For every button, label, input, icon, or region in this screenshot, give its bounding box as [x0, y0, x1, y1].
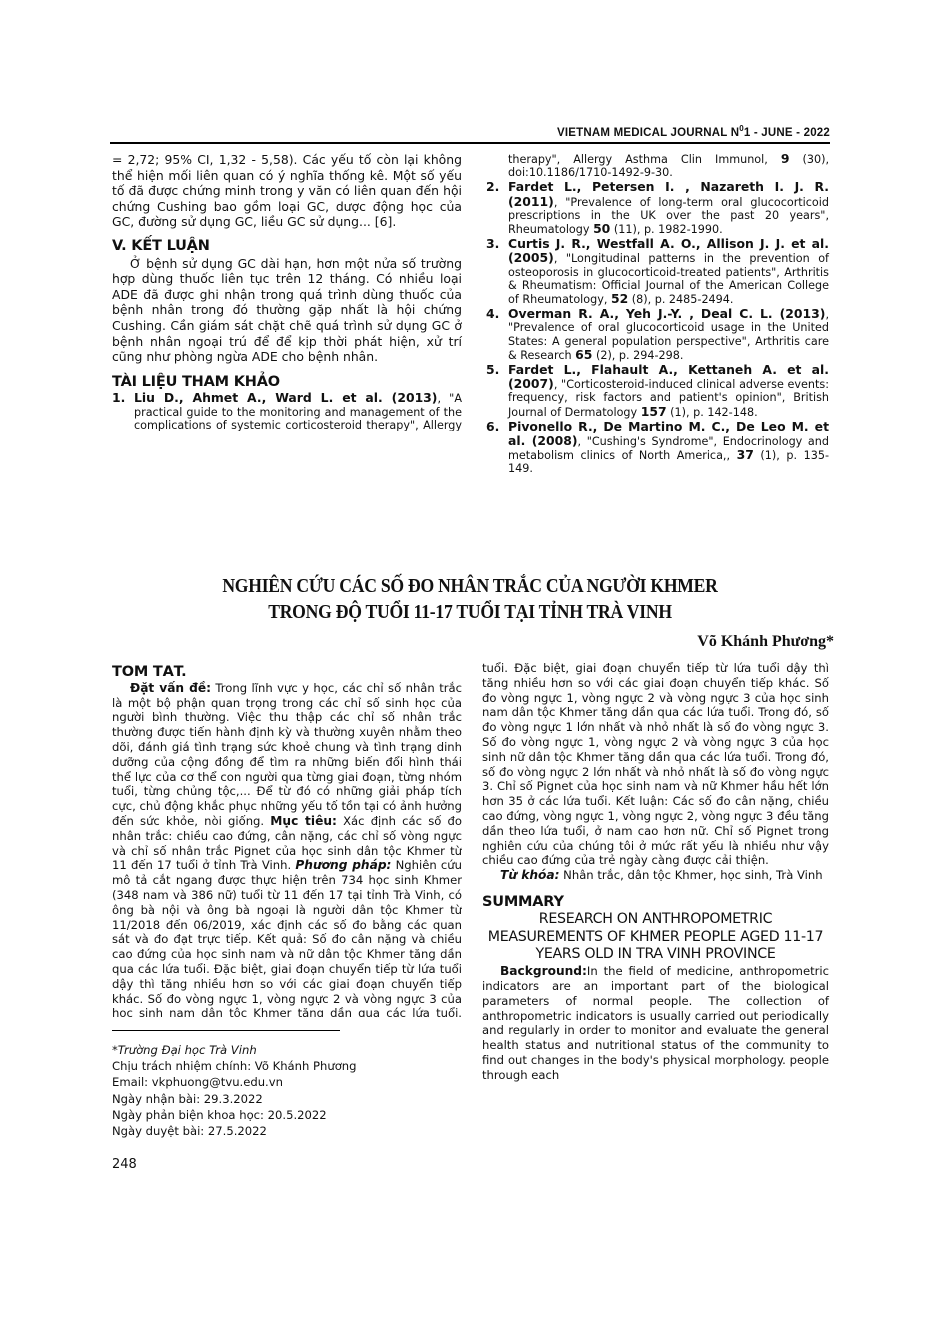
- reference-tail: (1), p. 142-148.: [667, 406, 758, 419]
- reference-tail: (2), p. 294-298.: [592, 349, 683, 362]
- reference-number: 1.: [112, 391, 125, 404]
- footnotes: *Trường Đại học Trà Vinh Chịu trách nhiệ…: [112, 1042, 462, 1139]
- reference-volume: 65: [575, 347, 592, 362]
- objective-label: Mục tiêu:: [270, 814, 337, 828]
- reference-number: 4.: [486, 307, 499, 320]
- reference-item: 5. Fardet L., Flahault A., Kettaneh A. e…: [486, 363, 829, 419]
- reference-item: 2. Fardet L., Petersen I. , Nazareth I. …: [486, 180, 829, 236]
- article-title-line-1: NGHIÊN CỨU CÁC SỐ ĐO NHÂN TRẮC CỦA NGƯỜI…: [160, 573, 779, 599]
- article-author: Võ Khánh Phương*: [697, 633, 834, 651]
- references-heading: TÀI LIỆU THAM KHẢO: [112, 375, 462, 391]
- abstract-heading: TÓM TẮT.: [112, 665, 462, 680]
- conclusion-heading: V. KẾT LUẬN: [112, 239, 462, 255]
- page-number: 248: [112, 1157, 137, 1172]
- references-list-right: therapy", Allergy Asthma Clin Immunol, 9…: [486, 152, 829, 476]
- abstract-continued: tuổi. Đặc biệt, giai đoạn chuyển tiếp từ…: [482, 661, 829, 868]
- reference-tail: (8), p. 2485-2494.: [628, 293, 733, 306]
- reference-volume: 52: [611, 291, 628, 306]
- footnote-responsible: Chịu trách nhiệm chính: Võ Khánh Phương: [112, 1058, 462, 1074]
- prev-article-right-column: therapy", Allergy Asthma Clin Immunol, 9…: [486, 152, 829, 477]
- references-list-left: 1. Liu D., Ahmet A., Ward L. et al. (201…: [112, 391, 462, 431]
- summary-title: RESEARCH ON ANTHROPOMETRIC MEASUREMENTS …: [482, 911, 829, 964]
- footnote-accepted-date: Ngày duyệt bài: 27.5.2022: [112, 1123, 462, 1139]
- reference-item: 3. Curtis J. R., Westfall A. O., Allison…: [486, 237, 829, 306]
- reference-volume: 157: [641, 404, 667, 419]
- summary-background-text: In the field of medicine, anthropometric…: [482, 964, 829, 1082]
- footnote-received-date: Ngày nhận bài: 29.3.2022: [112, 1091, 462, 1107]
- reference-number: 3.: [486, 237, 499, 250]
- running-header: VIETNAM MEDICAL JOURNAL N01 - JUNE - 202…: [110, 124, 830, 144]
- summary-heading: SUMMARY: [482, 895, 829, 910]
- conclusion-text: Ở bệnh sử dụng GC dài hạn, hơn một nửa s…: [112, 256, 462, 365]
- article-title: NGHIÊN CỨU CÁC SỐ ĐO NHÂN TRẮC CỦA NGƯỜI…: [160, 573, 779, 625]
- footnote-email: Email: vkphuong@tvu.edu.vn: [112, 1074, 462, 1090]
- journal-name: VIETNAM MEDICAL JOURNAL N: [557, 127, 739, 139]
- reference-item: 6. Pivonello R., De Martino M. C., De Le…: [486, 420, 829, 476]
- reference-number: 2.: [486, 180, 499, 193]
- abstract-right-column: tuổi. Đặc biệt, giai đoạn chuyển tiếp từ…: [482, 661, 829, 1083]
- footnote-affiliation: *Trường Đại học Trà Vinh: [112, 1043, 257, 1057]
- footnote-review-date: Ngày phản biện khoa học: 20.5.2022: [112, 1107, 462, 1123]
- reference-authors: Liu D., Ahmet A., Ward L. et al. (2013): [134, 391, 437, 405]
- keywords-label: Từ khóa:: [500, 868, 560, 882]
- keywords: Từ khóa: Nhân trắc, dân tộc Khmer, học s…: [482, 868, 829, 883]
- background-text: Trong lĩnh vực y học, các chỉ số nhân tr…: [112, 681, 462, 828]
- reference-volume: 50: [593, 221, 610, 236]
- reference-volume: 37: [737, 447, 754, 462]
- reference-item: 4. Overman R. A., Yeh J.-Y. , Deal C. L.…: [486, 307, 829, 362]
- abstract-left-column: TÓM TẮT. Đặt vấn đề: Trong lĩnh vực y họ…: [112, 665, 462, 1017]
- method-text: Nghiên cứu mô tả cắt ngang được thực hiệ…: [112, 858, 462, 1017]
- method-label: Phương pháp:: [295, 858, 391, 872]
- article-title-line-2: TRONG ĐỘ TUỔI 11-17 TUỔI TẠI TỈNH TRÀ VI…: [160, 599, 779, 625]
- footnote-divider: [112, 1030, 340, 1031]
- abstract-body: Đặt vấn đề: Trong lĩnh vực y học, các ch…: [112, 681, 462, 1017]
- reference-item: 1. Liu D., Ahmet A., Ward L. et al. (201…: [112, 391, 462, 431]
- background-label: Đặt vấn đề:: [130, 681, 211, 695]
- reference-number: 6.: [486, 420, 499, 433]
- journal-issue: 1 - JUNE - 2022: [744, 127, 830, 139]
- reference-number: 5.: [486, 363, 499, 376]
- reference-item-continued: therapy", Allergy Asthma Clin Immunol, 9…: [486, 152, 829, 179]
- reference-continued-text: therapy", Allergy Asthma Clin Immunol,: [508, 153, 781, 166]
- prev-article-left-column: = 2,72; 95% CI, 1,32 - 5,58). Các yếu tố…: [112, 152, 462, 432]
- summary-body: Background:In the field of medicine, ant…: [482, 964, 829, 1082]
- prev-article-intro: = 2,72; 95% CI, 1,32 - 5,58). Các yếu tố…: [112, 152, 462, 230]
- keywords-text: Nhân trắc, dân tộc Khmer, học sinh, Trà …: [560, 868, 823, 882]
- reference-tail: (11), p. 1982-1990.: [610, 223, 722, 236]
- summary-background-label: Background:: [500, 964, 587, 978]
- reference-authors: Overman R. A., Yeh J.-Y. , Deal C. L. (2…: [508, 306, 825, 321]
